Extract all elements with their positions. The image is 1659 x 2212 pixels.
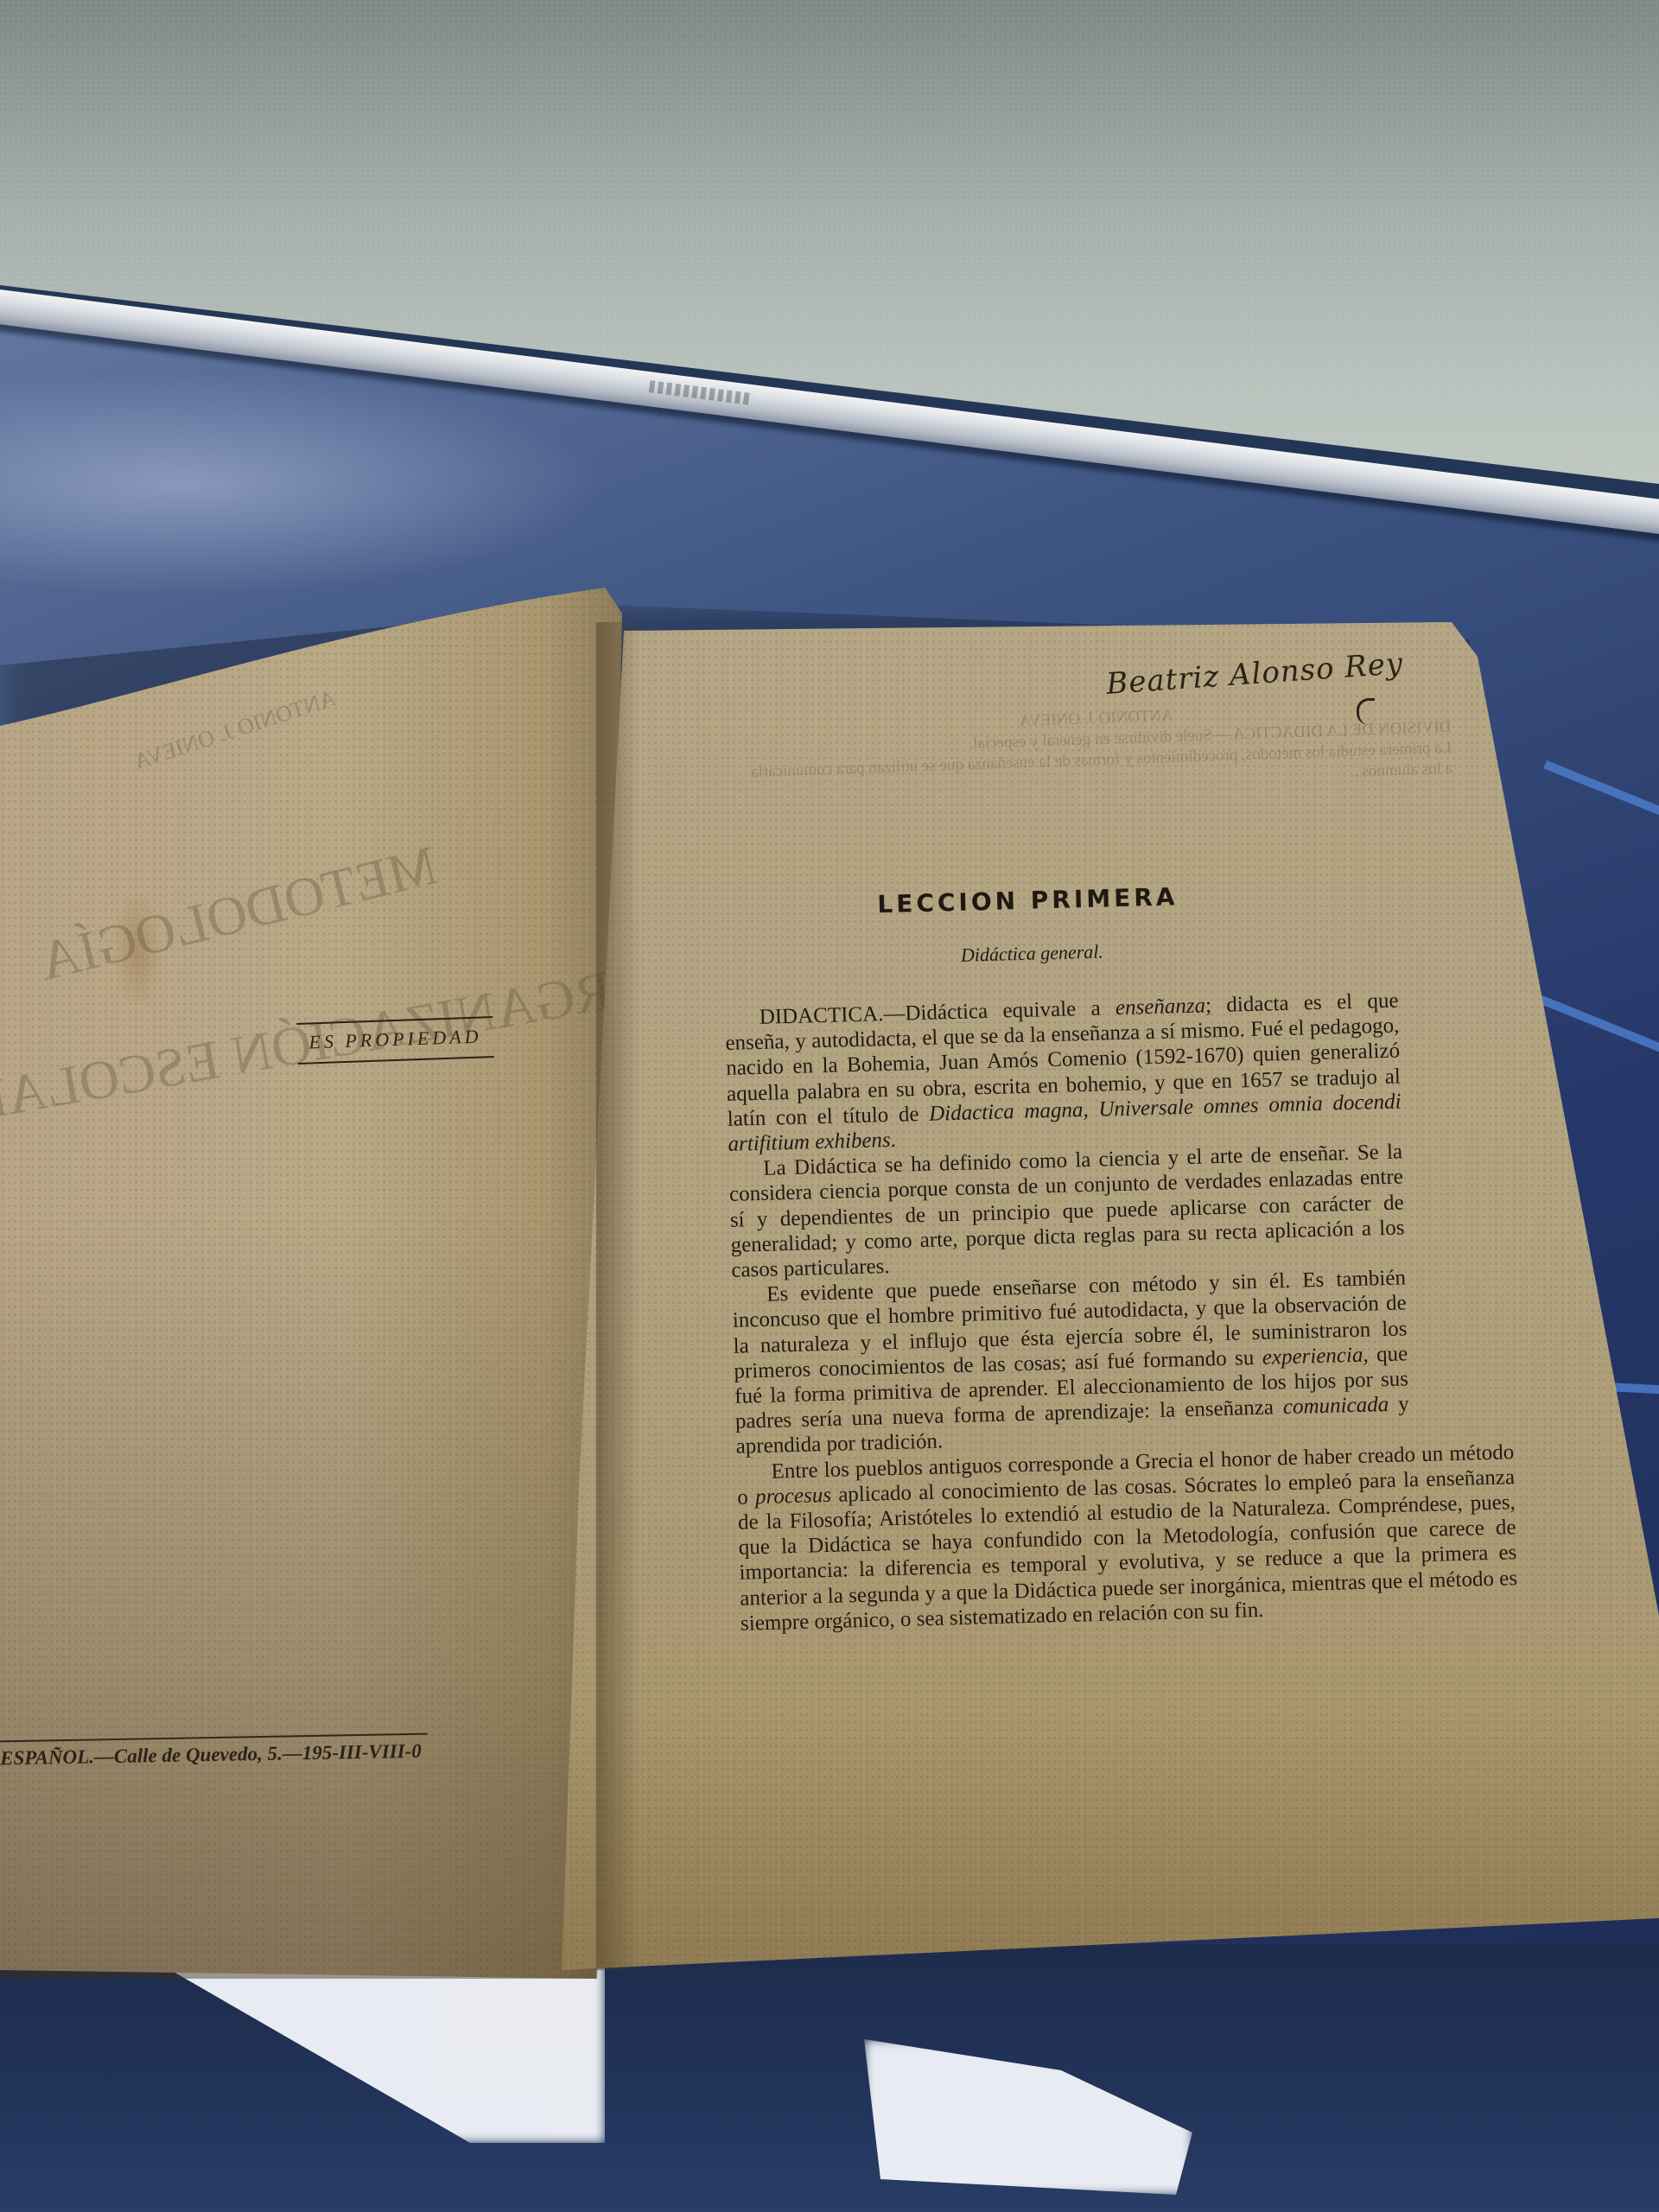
paragraph-primitive-learning: Es evidente que puede enseñarse con méto…: [732, 1266, 1410, 1460]
paragraph-greece-method: Entre los pueblos antiguos corresponde a…: [736, 1440, 1518, 1637]
italic-term: enseñanza: [1116, 994, 1206, 1020]
book-gutter: [596, 622, 639, 1970]
paragraph-science-art: La Didáctica se ha definido como la cien…: [728, 1140, 1406, 1283]
italic-term: experiencia: [1262, 1344, 1363, 1370]
italic-term: comunicada: [1283, 1393, 1389, 1419]
lesson-subtitle: Didáctica general.: [961, 931, 1458, 967]
left-page-shadow: [0, 1210, 622, 1979]
text-run: aplicado al conocimiento de las cosas. S…: [738, 1465, 1518, 1636]
paragraph-definition: DIDACTICA.—Didáctica equivale a enseñanz…: [724, 988, 1402, 1158]
lesson-content: LECCION PRIMERA Didáctica general. DIDAC…: [721, 875, 1475, 1637]
table-glare: [0, 372, 605, 596]
italic-term: procesus: [755, 1484, 832, 1509]
lesson-body: DIDACTICA.—Didáctica equivale a enseñanz…: [724, 988, 1414, 1637]
rail-label: [649, 380, 753, 405]
text-run: .: [890, 1128, 896, 1152]
property-stamp: ES PROPIEDAD: [293, 1016, 498, 1065]
